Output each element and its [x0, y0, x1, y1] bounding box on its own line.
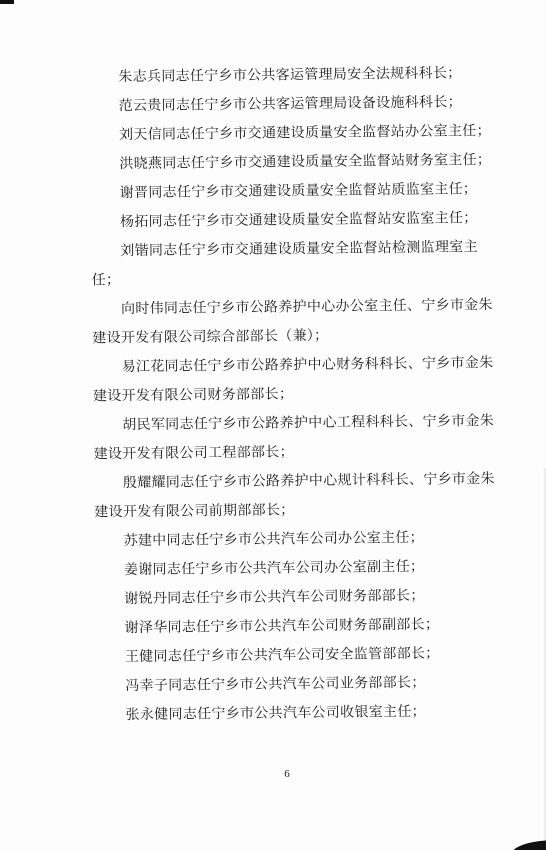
- text-line: 易江花同志任宁乡市公路养护中心财务科科长、宁乡市金朱: [93, 349, 523, 383]
- appointment-entry: 刘锴同志任宁乡市交通建设质量安全监督站检测监理室主任；: [91, 233, 522, 296]
- text-line: 向时伟同志任宁乡市公路养护中心办公室主任、宁乡市金朱: [92, 291, 522, 325]
- document-body: 朱志兵同志任宁乡市公共客运管理局安全法规科科长；范云贵同志任宁乡市公共客运管理局…: [89, 59, 527, 731]
- text-line: 刘锴同志任宁乡市交通建设质量安全监督站检测监理室主: [91, 233, 521, 267]
- appointment-entry: 易江花同志任宁乡市公路养护中心财务科科长、宁乡市金朱建设开发有限公司财务部部长；: [93, 349, 524, 412]
- text-line: 胡民军同志任宁乡市公路养护中心工程科科长、宁乡市金朱: [93, 407, 523, 441]
- appointment-entry: 胡民军同志任宁乡市公路养护中心工程科科长、宁乡市金朱建设开发有限公司工程部部长；: [93, 407, 524, 470]
- scan-artifact-top-left: [0, 0, 14, 4]
- scan-artifact-bottom-right: [511, 840, 546, 850]
- scanned-document-page: 朱志兵同志任宁乡市公共客运管理局安全法规科科长；范云贵同志任宁乡市公共客运管理局…: [0, 0, 546, 850]
- page-number: 6: [0, 768, 546, 780]
- appointment-entry: 向时伟同志任宁乡市公路养护中心办公室主任、宁乡市金朱建设开发有限公司综合部部长（…: [92, 291, 523, 354]
- text-line: 殷耀耀同志任宁乡市公路养护中心规计科科长、宁乡市金朱: [94, 465, 524, 499]
- appointment-entry: 张永健同志任宁乡市公共汽车公司收银室主任；: [96, 697, 526, 731]
- text-line: 张永健同志任宁乡市公共汽车公司收银室主任；: [96, 697, 526, 731]
- appointment-entry: 殷耀耀同志任宁乡市公路养护中心规计科科长、宁乡市金朱建设开发有限公司前期部部长；: [94, 465, 525, 528]
